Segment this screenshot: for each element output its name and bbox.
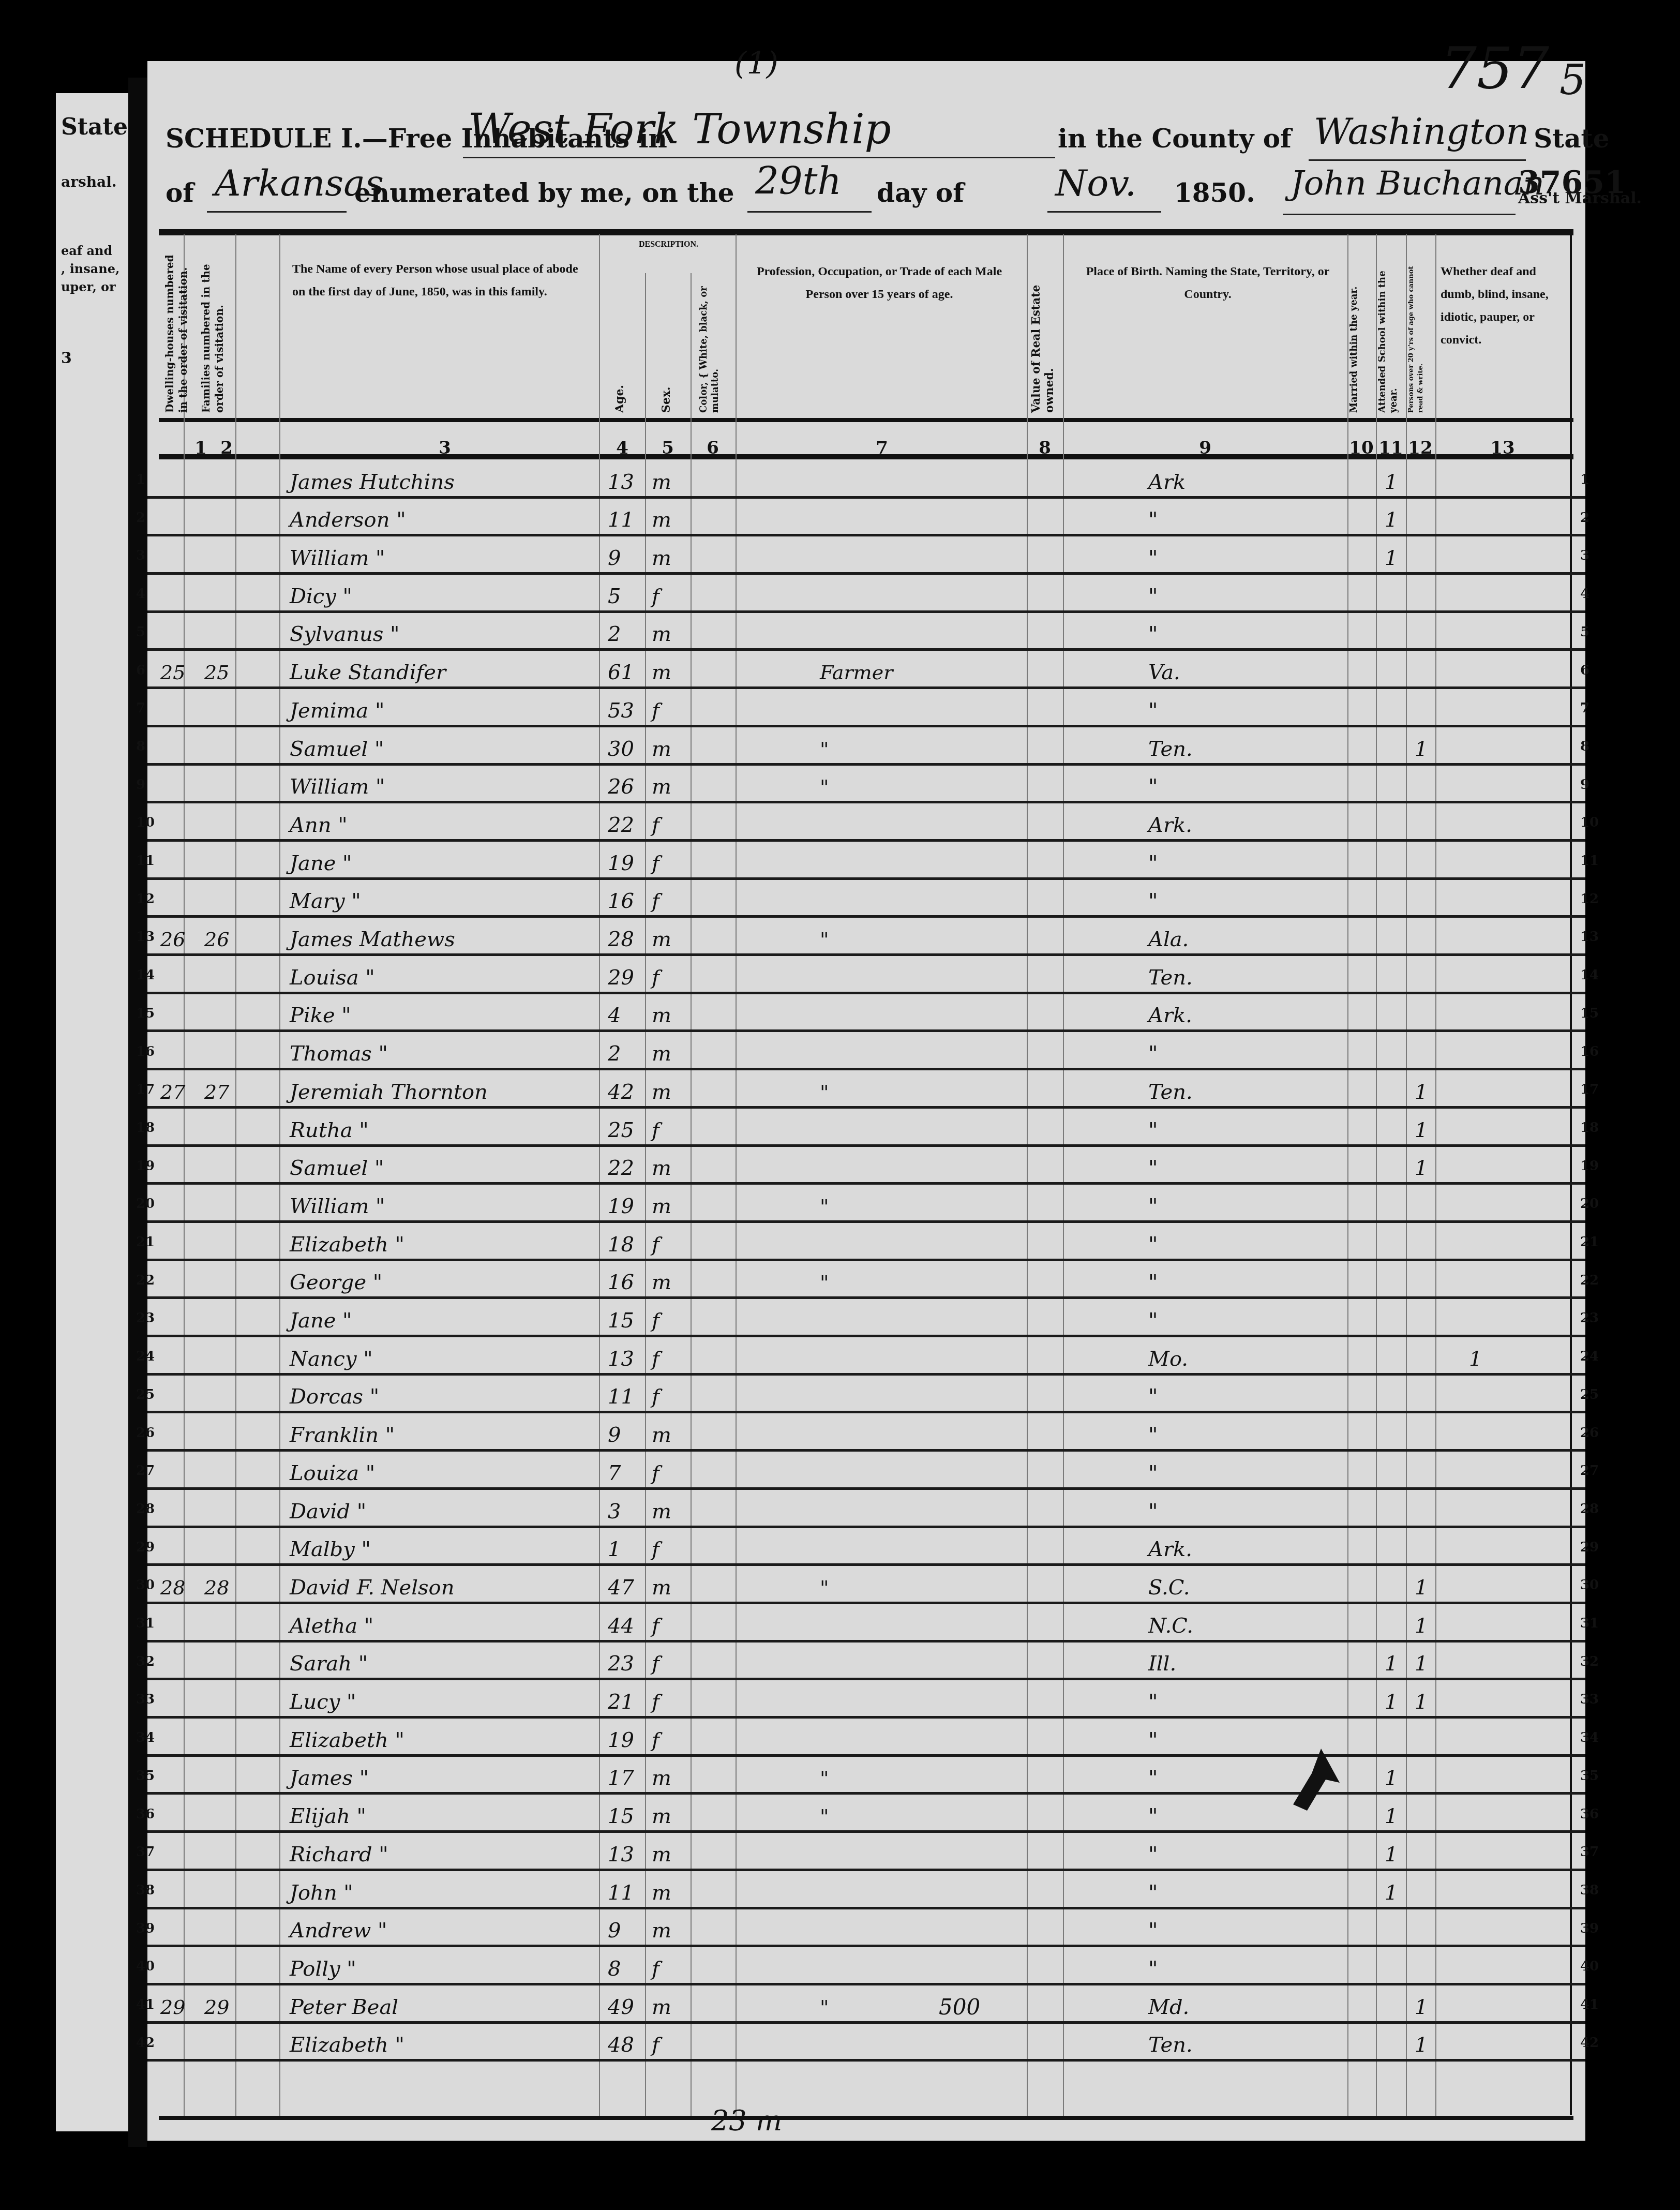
birthplace-cell: Ten. (1148, 738, 1193, 760)
family-number-cell: 28 (204, 1576, 229, 1599)
birthplace-cell: " (1148, 585, 1158, 608)
birthplace-cell: " (1148, 1805, 1158, 1828)
line-number-right: 38 (1580, 1883, 1599, 1898)
line-number-right: 26 (1580, 1425, 1599, 1441)
birthplace-cell: " (1148, 1767, 1158, 1789)
sex-cell: f (652, 1119, 659, 1142)
birthplace-cell: Ala. (1148, 928, 1189, 951)
census-row: 22Anderson "11m"1 (147, 499, 1585, 537)
line-number-left: 14 (136, 967, 155, 983)
col-number: 9 (1199, 438, 1211, 458)
col-number: 3 (439, 438, 451, 458)
person-name-cell: Andrew " (290, 1919, 387, 1942)
sex-cell: m (652, 623, 671, 646)
birthplace-cell: " (1148, 1500, 1158, 1523)
age-cell: 7 (608, 1462, 621, 1485)
census-row: 30302828David F. Nelson47m"S.C.1 (147, 1566, 1585, 1604)
state-label: State (1534, 123, 1610, 154)
sex-cell: m (652, 1805, 671, 1828)
census-row: 17172727Jeremiah Thornton42m"Ten.1 (147, 1070, 1585, 1109)
birthplace-cell: Ill. (1148, 1652, 1176, 1675)
marshal-underline (1283, 214, 1516, 215)
sex-cell: m (652, 1195, 671, 1218)
family-number-cell: 26 (204, 928, 229, 951)
county-underline (1309, 159, 1526, 161)
school-cell: 1 (1385, 547, 1398, 570)
census-row: 2121Elizabeth "18f" (147, 1223, 1585, 1261)
line-number-left: 39 (136, 1921, 155, 1936)
line-number-left: 4 (136, 586, 145, 602)
sex-cell: f (652, 966, 659, 989)
age-cell: 61 (608, 661, 634, 684)
binding-spine (128, 78, 147, 2147)
sex-cell: f (652, 852, 659, 875)
occupation-cell: " (820, 1996, 829, 2019)
sex-cell: f (652, 1958, 659, 1980)
dwelling-number-cell: 27 (160, 1081, 185, 1103)
birthplace-cell: " (1148, 1843, 1158, 1866)
col-header-dwelling: Dwelling-houses numbered in the order of… (163, 247, 199, 413)
col-number: 1 (194, 438, 207, 458)
census-row: 2828David "3m" (147, 1490, 1585, 1528)
census-row: 1010Ann "22fArk. (147, 803, 1585, 842)
birthplace-cell: Ten. (1148, 2034, 1193, 2056)
person-name-cell: James Hutchins (290, 471, 455, 494)
age-cell: 30 (608, 738, 634, 760)
occupation-cell: " (820, 1576, 829, 1599)
line-number-right: 3 (1580, 548, 1589, 563)
person-name-cell: Louiza " (290, 1462, 375, 1485)
census-row: 77Jemima "53f" (147, 689, 1585, 727)
person-name-cell: George " (290, 1271, 382, 1294)
line-number-left: 1 (136, 472, 145, 487)
sex-cell: m (652, 471, 671, 494)
birthplace-cell: " (1148, 1157, 1158, 1179)
page-stamp-number: 757 (1441, 35, 1549, 101)
census-row: 3333Lucy "21f"11 (147, 1680, 1585, 1719)
age-cell: 5 (608, 585, 621, 608)
age-cell: 11 (608, 1385, 634, 1408)
person-name-cell: Sarah " (290, 1652, 368, 1675)
col-number: 10 (1349, 438, 1373, 458)
line-number-left: 23 (136, 1310, 155, 1326)
person-name-cell: Mary " (290, 890, 361, 913)
line-number-right: 12 (1580, 891, 1599, 907)
line-number-right: 31 (1580, 1616, 1599, 1631)
line-number-left: 25 (136, 1387, 155, 1402)
line-number-left: 3 (136, 548, 145, 563)
census-page: (1) 757 5 37651 SCHEDULE I.—Free Inhabit… (147, 61, 1585, 2141)
birthplace-cell: N.C. (1148, 1615, 1193, 1637)
birthplace-cell: Md. (1148, 1996, 1189, 2019)
col-number: 7 (876, 438, 888, 458)
family-number-cell: 29 (204, 1996, 229, 2019)
age-cell: 22 (608, 1157, 634, 1179)
person-name-cell: Lucy " (290, 1691, 356, 1713)
census-row: 1414Louisa "29fTen. (147, 956, 1585, 994)
birthplace-cell: Ark (1148, 471, 1186, 494)
line-number-left: 8 (136, 739, 145, 754)
person-name-cell: Malby " (290, 1538, 371, 1561)
line-number-right: 18 (1580, 1120, 1599, 1136)
person-name-cell: David F. Nelson (290, 1576, 454, 1599)
sex-cell: f (652, 1729, 659, 1752)
enumerated-label: enumerated by me, on the (354, 177, 734, 208)
line-number-left: 40 (136, 1959, 155, 1974)
person-name-cell: Thomas " (290, 1042, 388, 1065)
row-rule (147, 2059, 1585, 2062)
col-header-sex: Sex. (659, 351, 680, 413)
age-cell: 13 (608, 1843, 634, 1866)
person-name-cell: Polly " (290, 1958, 356, 1980)
prev-page-colnum-fragment: 3 (61, 349, 72, 367)
line-number-right: 2 (1580, 510, 1589, 526)
family-number-cell: 25 (204, 661, 229, 684)
person-name-cell: Richard " (290, 1843, 388, 1866)
census-row: 33William "9m"1 (147, 536, 1585, 575)
prev-page-col13-fragment-1: eaf and (61, 243, 112, 258)
age-cell: 47 (608, 1576, 634, 1599)
line-number-left: 17 (136, 1082, 155, 1097)
birthplace-cell: Ten. (1148, 1081, 1193, 1103)
age-cell: 9 (608, 547, 621, 570)
birthplace-cell: " (1148, 1119, 1158, 1142)
line-number-right: 17 (1580, 1082, 1599, 1097)
birthplace-cell: Ten. (1148, 966, 1193, 989)
line-number-left: 21 (136, 1234, 155, 1250)
person-name-cell: Franklin " (290, 1424, 395, 1446)
line-number-left: 5 (136, 624, 145, 640)
age-cell: 11 (608, 509, 634, 531)
census-row: 2626Franklin "9m" (147, 1414, 1585, 1452)
sex-cell: m (652, 661, 671, 684)
line-number-left: 7 (136, 700, 145, 716)
cannot-read-cell: 1 (1415, 1996, 1428, 2019)
person-name-cell: Anderson " (290, 509, 406, 531)
line-number-left: 18 (136, 1120, 155, 1136)
birthplace-cell: " (1148, 623, 1158, 646)
sex-cell: f (652, 1233, 659, 1256)
census-row: 1919Samuel "22m"1 (147, 1147, 1585, 1185)
census-row: 88Samuel "30m"Ten.1 (147, 727, 1585, 766)
line-number-left: 27 (136, 1463, 155, 1479)
line-number-left: 28 (136, 1501, 155, 1517)
line-number-left: 13 (136, 929, 155, 945)
sex-cell: m (652, 1767, 671, 1789)
line-number-right: 6 (1580, 663, 1589, 678)
census-row: 2424Nancy "13fMo.1 (147, 1337, 1585, 1376)
line-number-left: 41 (136, 1997, 155, 2012)
age-cell: 23 (608, 1652, 634, 1675)
sex-cell: m (652, 1576, 671, 1599)
census-row: 4242Elizabeth "48fTen.1 (147, 2024, 1585, 2062)
line-number-right: 4 (1580, 586, 1589, 602)
line-number-left: 19 (136, 1158, 155, 1174)
cannot-read-cell: 1 (1415, 1081, 1428, 1103)
person-name-cell: Jane " (290, 1309, 352, 1332)
person-name-cell: James " (290, 1767, 369, 1789)
line-number-right: 19 (1580, 1158, 1599, 1174)
person-name-cell: Nancy " (290, 1348, 373, 1370)
sex-cell: m (652, 1919, 671, 1942)
county-field: Washington (1314, 110, 1529, 153)
prev-page-col13-fragment-2: , insane, (61, 261, 119, 276)
dwelling-number-cell: 25 (160, 661, 185, 684)
census-row: 55Sylvanus "2m" (147, 613, 1585, 651)
census-row: 3131Aletha "44fN.C.1 (147, 1604, 1585, 1642)
school-cell: 1 (1385, 1843, 1398, 1866)
sex-cell: f (652, 890, 659, 913)
marshal-title-label: Ass't Marshal. (1518, 189, 1642, 207)
line-number-right: 29 (1580, 1540, 1599, 1555)
census-row: 99William "26m"" (147, 766, 1585, 804)
occupation-cell: " (820, 738, 829, 760)
occupation-cell: " (820, 1805, 829, 1828)
birthplace-cell: " (1148, 1424, 1158, 1446)
person-name-cell: Peter Beal (290, 1996, 398, 2019)
line-number-left: 37 (136, 1844, 155, 1860)
line-number-right: 25 (1580, 1387, 1599, 1402)
occupation-cell: Farmer (820, 661, 893, 684)
sex-cell: m (652, 1996, 671, 2019)
person-name-cell: Luke Standifer (290, 661, 446, 684)
age-cell: 19 (608, 1729, 634, 1752)
line-number-left: 38 (136, 1883, 155, 1898)
state-underline (207, 211, 347, 213)
sex-cell: f (652, 1462, 659, 1485)
age-cell: 17 (608, 1767, 634, 1789)
sex-cell: m (652, 547, 671, 570)
birthplace-cell: " (1148, 1958, 1158, 1980)
sex-cell: m (652, 775, 671, 798)
census-row: 3232Sarah "23fIll.11 (147, 1642, 1585, 1681)
census-row: 1515Pike "4mArk. (147, 994, 1585, 1033)
line-number-right: 34 (1580, 1730, 1599, 1745)
dwelling-number-cell: 29 (160, 1996, 185, 2019)
person-name-cell: Sylvanus " (290, 623, 399, 646)
age-cell: 22 (608, 814, 634, 837)
birthplace-cell: " (1148, 699, 1158, 722)
col-number: 13 (1490, 438, 1514, 458)
age-cell: 42 (608, 1081, 634, 1103)
col-number: 6 (707, 438, 719, 458)
birthplace-cell: Ark. (1148, 1004, 1192, 1027)
age-cell: 15 (608, 1309, 634, 1332)
birthplace-cell: " (1148, 1309, 1158, 1332)
person-name-cell: Dicy " (290, 585, 352, 608)
person-name-cell: Elizabeth " (290, 1233, 404, 1256)
sex-cell: f (652, 1615, 659, 1637)
col-header-cannot-read: Persons over 20 y'rs of age who cannot r… (1407, 258, 1435, 413)
line-number-left: 6 (136, 663, 145, 678)
col-header-occupation: Profession, Occupation, or Trade of each… (742, 260, 1016, 306)
line-number-left: 35 (136, 1768, 155, 1784)
age-cell: 2 (608, 1042, 621, 1065)
family-number-cell: 27 (204, 1081, 229, 1103)
census-row: 3434Elizabeth "19f" (147, 1719, 1585, 1757)
sex-cell: f (652, 2034, 659, 2056)
birthplace-cell: " (1148, 890, 1158, 913)
person-name-cell: Ann " (290, 814, 348, 837)
day-of-label: day of (877, 177, 964, 208)
sex-cell: f (652, 1691, 659, 1713)
age-cell: 8 (608, 1958, 621, 1980)
cannot-read-cell: 1 (1415, 2034, 1428, 2056)
sex-cell: m (652, 1042, 671, 1065)
census-row: 2727Louiza "7f" (147, 1452, 1585, 1490)
sex-cell: f (652, 1385, 659, 1408)
person-name-cell: William " (290, 1195, 385, 1218)
census-row: 44Dicy "5f" (147, 575, 1585, 613)
occupation-cell: " (820, 1271, 829, 1294)
table-top-rule (159, 229, 1573, 235)
age-cell: 19 (608, 852, 634, 875)
line-number-right: 13 (1580, 929, 1599, 945)
age-cell: 3 (608, 1500, 621, 1523)
birthplace-cell: " (1148, 509, 1158, 531)
month-field: Nov. (1055, 162, 1136, 204)
census-row: 2020William "19m"" (147, 1185, 1585, 1223)
sex-cell: m (652, 1157, 671, 1179)
age-cell: 13 (608, 1348, 634, 1370)
age-cell: 48 (608, 2034, 634, 2056)
birthplace-cell: " (1148, 1462, 1158, 1485)
col-header-real-estate: Value of Real Estate owned. (1029, 258, 1060, 413)
person-name-cell: John " (290, 1882, 353, 1904)
sex-cell: m (652, 1424, 671, 1446)
cannot-read-cell: 1 (1415, 1119, 1428, 1142)
person-name-cell: William " (290, 547, 385, 570)
birthplace-cell: " (1148, 1919, 1158, 1942)
occupation-cell: " (820, 1767, 829, 1789)
occupation-cell: " (820, 775, 829, 798)
sex-cell: m (652, 509, 671, 531)
cannot-read-cell: 1 (1415, 738, 1428, 760)
age-cell: 25 (608, 1119, 634, 1142)
dwelling-number-cell: 28 (160, 1576, 185, 1599)
census-row: 41412929Peter Beal49m"500Md.1 (147, 1985, 1585, 2024)
line-number-right: 23 (1580, 1310, 1599, 1326)
township-field: West Fork Township (468, 105, 891, 153)
line-number-left: 33 (136, 1692, 155, 1707)
col-header-married: Married within the year. (1348, 258, 1375, 413)
description-group-header: DESCRIPTION. (603, 240, 734, 250)
age-cell: 11 (608, 1882, 634, 1904)
col-header-school: Attended School within the year. (1377, 258, 1405, 413)
census-row: 662525Luke Standifer61mFarmerVa. (147, 651, 1585, 690)
cannot-read-cell: 1 (1415, 1691, 1428, 1713)
sex-cell: f (652, 1348, 659, 1370)
person-name-cell: Samuel " (290, 738, 384, 760)
census-row: 11James Hutchins13mArk1 (147, 460, 1585, 499)
line-number-right: 7 (1580, 700, 1589, 716)
age-cell: 9 (608, 1424, 621, 1446)
birthplace-cell: " (1148, 1882, 1158, 1904)
sex-cell: m (652, 1500, 671, 1523)
line-number-right: 14 (1580, 967, 1599, 983)
line-number-right: 5 (1580, 624, 1589, 640)
sex-cell: m (652, 1004, 671, 1027)
deaf-etc-cell: 1 (1469, 1348, 1482, 1370)
col-header-name: The Name of every Person whose usual pla… (292, 258, 592, 303)
school-cell: 1 (1385, 1652, 1398, 1675)
age-cell: 49 (608, 1996, 634, 2019)
cannot-read-cell: 1 (1415, 1615, 1428, 1637)
line-number-right: 10 (1580, 815, 1599, 830)
col-header-birthplace: Place of Birth. Naming the State, Territ… (1073, 260, 1342, 306)
school-cell: 1 (1385, 471, 1398, 494)
birthplace-cell: Mo. (1148, 1348, 1188, 1370)
line-number-left: 31 (136, 1616, 155, 1631)
person-name-cell: Elizabeth " (290, 1729, 404, 1752)
census-row: 1616Thomas "2m" (147, 1033, 1585, 1071)
sex-cell: f (652, 699, 659, 722)
age-cell: 28 (608, 928, 634, 951)
census-row: 4040Polly "8f" (147, 1947, 1585, 1985)
census-row: 3535James "17m""1 (147, 1757, 1585, 1795)
person-name-cell: Elizabeth " (290, 2034, 404, 2056)
county-label: in the County of (1058, 123, 1292, 154)
age-cell: 53 (608, 699, 634, 722)
line-number-left: 26 (136, 1425, 155, 1441)
person-name-cell: Louisa " (290, 966, 375, 989)
line-number-left: 11 (136, 853, 155, 869)
col-number: 4 (616, 438, 628, 458)
col-header-family: Families numbered in the order of visita… (199, 247, 235, 413)
birthplace-cell: " (1148, 775, 1158, 798)
age-cell: 4 (608, 1004, 621, 1027)
census-row: 2525Dorcas "11f" (147, 1376, 1585, 1414)
col-number: 5 (662, 438, 674, 458)
census-row: 3838John "11m"1 (147, 1871, 1585, 1909)
census-row: 2323Jane "15f" (147, 1299, 1585, 1337)
sex-cell: m (652, 738, 671, 760)
birthplace-cell: " (1148, 1233, 1158, 1256)
person-name-cell: David " (290, 1500, 366, 1523)
col-number: 11 (1378, 438, 1403, 458)
line-number-left: 24 (136, 1349, 155, 1364)
line-number-left: 15 (136, 1006, 155, 1021)
sex-cell: m (652, 1081, 671, 1103)
census-row: 2222George "16m"" (147, 1261, 1585, 1300)
person-name-cell: Elijah " (290, 1805, 366, 1828)
line-number-left: 16 (136, 1044, 155, 1059)
line-number-left: 32 (136, 1654, 155, 1669)
age-cell: 18 (608, 1233, 634, 1256)
sex-cell: f (652, 1538, 659, 1561)
cannot-read-cell: 1 (1415, 1652, 1428, 1675)
birthplace-cell: " (1148, 852, 1158, 875)
line-number-right: 40 (1580, 1959, 1599, 1974)
line-number-left: 30 (136, 1577, 155, 1593)
line-number-right: 36 (1580, 1806, 1599, 1822)
previous-page-fragment: State, arshal. eaf and , insane, uper, o… (56, 93, 133, 2131)
line-number-left: 42 (136, 2035, 155, 2051)
prev-page-state-fragment: State, (61, 114, 136, 140)
line-number-right: 42 (1580, 2035, 1599, 2051)
birthplace-cell: Va. (1148, 661, 1180, 684)
sex-cell: f (652, 814, 659, 837)
school-cell: 1 (1385, 1691, 1398, 1713)
col-number: 8 (1039, 438, 1051, 458)
census-row: 3737Richard "13m"1 (147, 1833, 1585, 1871)
sex-cell: f (652, 585, 659, 608)
birthplace-cell: " (1148, 1271, 1158, 1294)
page-corner-number: 5 (1559, 56, 1586, 104)
line-number-right: 11 (1580, 853, 1599, 869)
person-name-cell: Rutha " (290, 1119, 369, 1142)
age-cell: 16 (608, 1271, 634, 1294)
